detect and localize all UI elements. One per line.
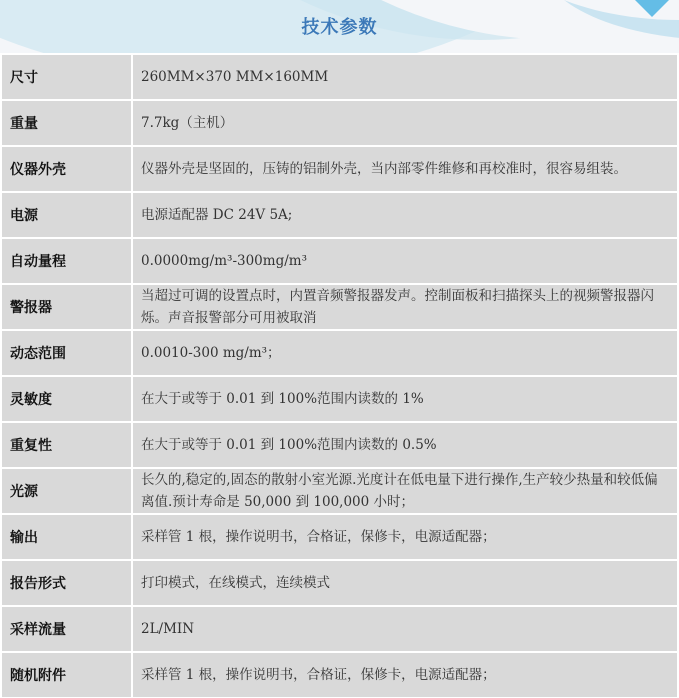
spec-value: 打印模式，在线模式，连续模式 xyxy=(133,561,679,605)
spec-label: 重量 xyxy=(0,101,133,145)
spec-label: 仪器外壳 xyxy=(0,147,133,191)
spec-table: 尺寸 260MM×370 MM×160MM 重量 7.7kg（主机） 仪器外壳 … xyxy=(0,53,679,698)
spec-value: 7.7kg（主机） xyxy=(133,101,679,145)
spec-label: 光源 xyxy=(0,469,133,513)
spec-label: 警报器 xyxy=(0,285,133,329)
table-row: 重量 7.7kg（主机） xyxy=(0,101,679,147)
table-row: 电源 电源适配器 DC 24V 5A; xyxy=(0,193,679,239)
table-row: 仪器外壳 仪器外壳是坚固的，压铸的铝制外壳，当内部零件维修和再校准时，很容易组装… xyxy=(0,147,679,193)
spec-label: 自动量程 xyxy=(0,239,133,283)
spec-label: 灵敏度 xyxy=(0,377,133,421)
spec-label: 报告形式 xyxy=(0,561,133,605)
spec-value: 260MM×370 MM×160MM xyxy=(133,55,679,99)
table-row: 动态范围 0.0010-300 mg/m³； xyxy=(0,331,679,377)
spec-value: 在大于或等于 0.01 到 100%范围内读数的 0.5% xyxy=(133,423,679,467)
table-row: 光源 长久的,稳定的,固态的散射小室光源.光度计在低电量下进行操作,生产较少热量… xyxy=(0,469,679,515)
spec-label: 输出 xyxy=(0,515,133,559)
spec-value: 采样管 1 根，操作说明书，合格证，保修卡，电源适配器； xyxy=(133,653,679,697)
spec-label: 尺寸 xyxy=(0,55,133,99)
spec-value: 2L/MIN xyxy=(133,607,679,651)
spec-value: 采样管 1 根，操作说明书，合格证，保修卡，电源适配器； xyxy=(133,515,679,559)
table-row: 重复性 在大于或等于 0.01 到 100%范围内读数的 0.5% xyxy=(0,423,679,469)
table-row: 输出 采样管 1 根，操作说明书，合格证，保修卡，电源适配器； xyxy=(0,515,679,561)
table-row: 警报器 当超过可调的设置点时，内置音频警报器发声。控制面板和扫描探头上的视频警报… xyxy=(0,285,679,331)
section-header: 技术参数 xyxy=(0,0,679,53)
table-row: 随机附件 采样管 1 根，操作说明书，合格证，保修卡，电源适配器； xyxy=(0,653,679,698)
spec-label: 重复性 xyxy=(0,423,133,467)
section-title: 技术参数 xyxy=(0,13,679,39)
table-row: 自动量程 0.0000mg/m³-300mg/m³ xyxy=(0,239,679,285)
spec-value: 在大于或等于 0.01 到 100%范围内读数的 1% xyxy=(133,377,679,421)
spec-label: 电源 xyxy=(0,193,133,237)
table-row: 采样流量 2L/MIN xyxy=(0,607,679,653)
spec-value: 0.0010-300 mg/m³； xyxy=(133,331,679,375)
spec-label: 随机附件 xyxy=(0,653,133,697)
spec-value: 仪器外壳是坚固的，压铸的铝制外壳，当内部零件维修和再校准时，很容易组装。 xyxy=(133,147,679,191)
spec-label: 动态范围 xyxy=(0,331,133,375)
table-row: 灵敏度 在大于或等于 0.01 到 100%范围内读数的 1% xyxy=(0,377,679,423)
spec-value: 长久的,稳定的,固态的散射小室光源.光度计在低电量下进行操作,生产较少热量和较低… xyxy=(133,469,679,513)
spec-label: 采样流量 xyxy=(0,607,133,651)
spec-value: 0.0000mg/m³-300mg/m³ xyxy=(133,239,679,283)
table-row: 尺寸 260MM×370 MM×160MM xyxy=(0,55,679,101)
spec-value: 电源适配器 DC 24V 5A; xyxy=(133,193,679,237)
table-row: 报告形式 打印模式，在线模式，连续模式 xyxy=(0,561,679,607)
spec-value: 当超过可调的设置点时，内置音频警报器发声。控制面板和扫描探头上的视频警报器闪烁。… xyxy=(133,285,679,329)
